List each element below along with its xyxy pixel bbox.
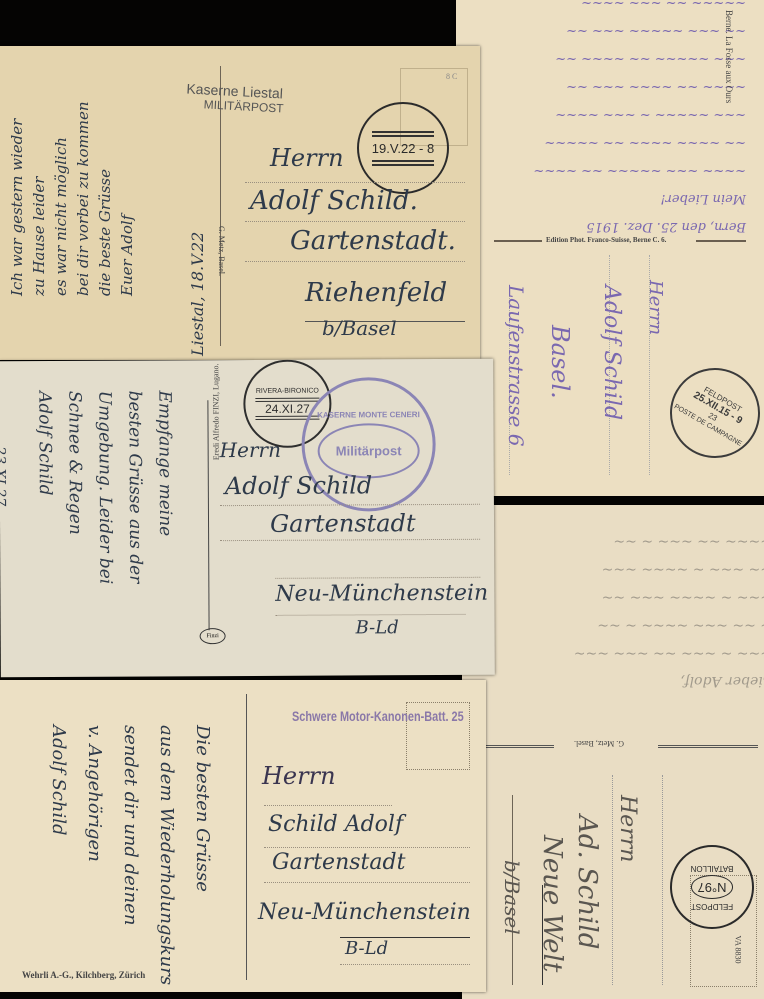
stamp-box-code: VA 8830 — [734, 935, 743, 963]
address-line — [220, 539, 480, 541]
publisher-logo: Finzi — [200, 628, 226, 644]
postcard-middle-left: 23.XI.27 Empfange meinebesten Grüsse aus… — [0, 359, 495, 678]
publisher-imprint: G. Metz, Basel. — [574, 739, 624, 748]
address-line — [264, 805, 392, 806]
address-line — [340, 964, 470, 965]
address-line — [245, 182, 465, 183]
address-line — [245, 221, 465, 222]
address-line — [264, 847, 470, 848]
address-region: B-Ld — [345, 938, 388, 959]
divider-right — [658, 745, 758, 748]
address-name: Ad. Schild — [572, 815, 602, 949]
address-name: Adolf Schild. — [250, 186, 418, 216]
address-line — [612, 775, 614, 985]
handwritten-message: Die besten Grüsseaus dem Wiederholungsku… — [40, 725, 220, 985]
machine-cancel: Kaserne Liestal MILITÄRPOST — [185, 81, 284, 116]
unit-stamp: Schwere Motor-Kanonen-Batt. 25 — [292, 708, 464, 724]
address-line — [264, 882, 470, 883]
address-line — [276, 614, 466, 616]
divider-right — [696, 240, 746, 242]
address-town: Neue Welt — [537, 835, 567, 972]
address-name: Adolf Schild — [599, 285, 624, 420]
address-salutation: Herrn — [645, 280, 666, 335]
address-salutation: Herrn — [270, 144, 344, 172]
date-note: 23.XI.27 — [0, 446, 8, 506]
address-street: Gartenstadt — [272, 850, 405, 875]
address-line — [245, 261, 465, 262]
address-line — [662, 775, 664, 985]
postcard-bottom-left: Die besten Grüsseaus dem Wiederholungsku… — [0, 680, 486, 992]
postcard-top-right: Bern, den 25. Dez. 1915 Mein Lieber! ~~~… — [456, 0, 764, 496]
handwritten-message: Bern, den 25. Dez. 1915 Mein Lieber! ~~~… — [466, 0, 746, 240]
address-region: b/Basel — [500, 860, 524, 935]
address-town: Neu-Münchenstein — [275, 581, 488, 607]
address-region: B-Ld — [356, 617, 399, 638]
address-name: Schild Adolf — [268, 812, 403, 837]
address-town: Basel. — [546, 325, 574, 399]
publisher-imprint: Edition Phot. Franco-Suisse, Berne C. 6. — [546, 236, 666, 244]
address-street: Gartenstadt. — [290, 226, 456, 256]
publisher-imprint: G. Metz, Basel. — [217, 226, 226, 276]
address-region: b/Basel — [322, 316, 397, 340]
stamp-box-label: 8 C — [446, 72, 457, 81]
message-greeting: Lieber Adolf, — [502, 667, 764, 695]
address-salutation: Herrn — [262, 762, 336, 790]
address-street: Gartenstadt — [270, 509, 416, 538]
address-town: Riehenfeld — [305, 278, 447, 308]
postcard-bottom-right: Lieber Adolf, ~~~ ~ ~~~ ~~ ~~~ ~~~~ ~~ ~… — [462, 505, 764, 999]
message-greeting: Mein Lieber! — [466, 184, 746, 212]
address-street: Laufenstrasse 6 — [504, 285, 528, 446]
publisher-imprint: Wehrli A.-G., Kilchberg, Zürich — [22, 970, 145, 980]
divider — [207, 400, 209, 630]
divider — [246, 694, 247, 980]
divider-left — [494, 240, 542, 242]
postcard-top-left: Ich war gestern wiederzu Hause leideres … — [0, 46, 480, 360]
side-caption: Berne. La Fosse aux Ours — [724, 10, 734, 103]
postmark: 19.V.22 - 8 — [357, 102, 449, 194]
handwritten-message: Empfange meinebesten Grüsse aus derUmgeb… — [29, 390, 180, 651]
address-salutation: Herrn — [615, 795, 640, 862]
address-salutation: Herrn — [220, 438, 281, 462]
address-name: Adolf Schild — [225, 471, 373, 500]
feldpost-postmark: FELDPOST 25.XII.15 - 9 23 POSTE DE CAMPA… — [654, 352, 764, 475]
pencil-message: Lieber Adolf, ~~~ ~ ~~~ ~~ ~~~ ~~~~ ~~ ~… — [502, 527, 764, 695]
address-town: Neu-Münchenstein — [258, 900, 471, 925]
place-date: Liestal, 18.V.22 — [188, 232, 207, 356]
address-line — [275, 577, 480, 579]
handwritten-message: Ich war gestern wiederzu Hause leideres … — [6, 66, 138, 296]
feldpost-bataillon-postmark: FELDPOST N°97 BATAILLON — [670, 845, 754, 929]
